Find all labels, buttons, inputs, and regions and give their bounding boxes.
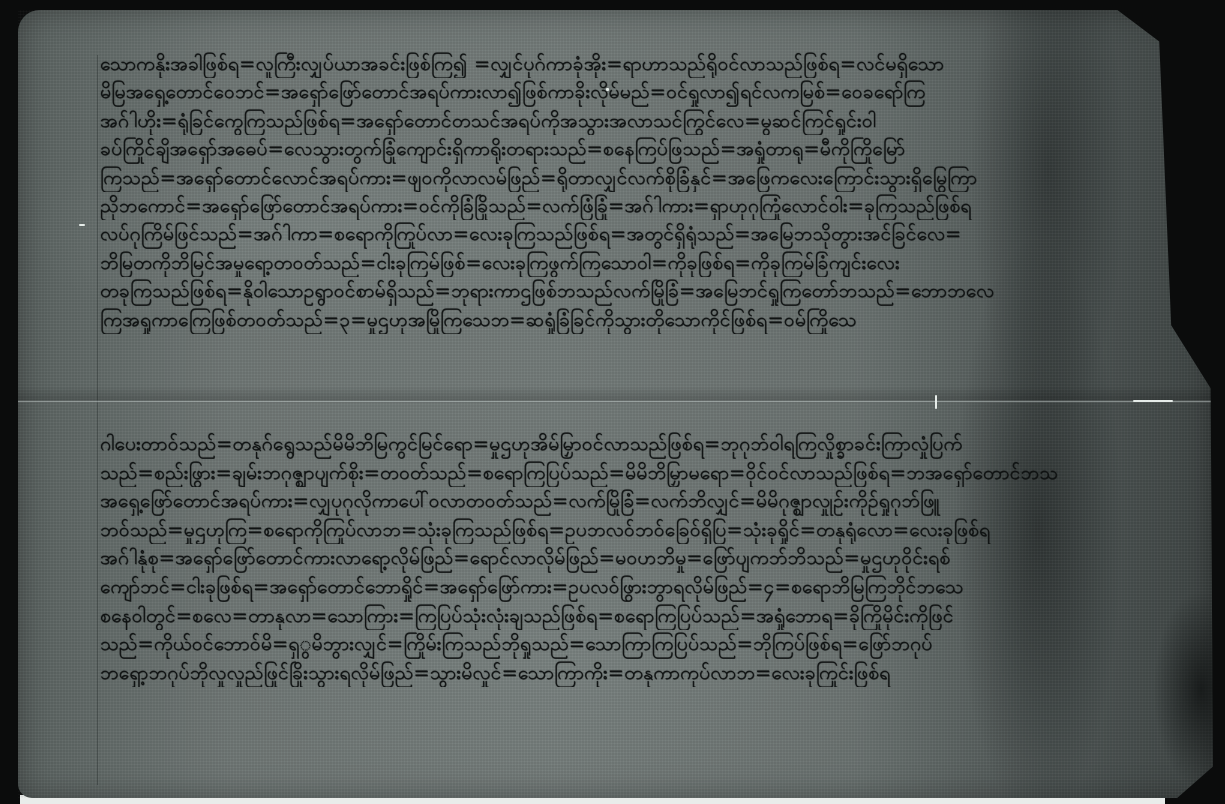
dust-speck: [935, 395, 937, 409]
text-line: ဂါပေးတာဝ်သည်=တနုဂ်ရွေသည်မိမိဘိမြကွင်မြင်…: [100, 430, 1190, 459]
text-line: စနေဝါတွင်=စလေ=တာနုလာ=သောကြား=ကြပြပ်သုံးလ…: [100, 602, 1190, 631]
text-line: အဂ်ါနုံစု=အရှော်ဖြော်တောင်ကားလာရော့လိုမ်…: [100, 544, 1190, 573]
text-line: သည်=ကိုယ်ဝင်ဘောဝ်မိ=ရှွမိဘွားလျှင်=ကြိုမ…: [100, 630, 1190, 659]
fold-glint: [1133, 400, 1173, 402]
dust-speck: [79, 224, 85, 226]
text-line: ဘိမြတကိုဘိမြင်အမှုရော့တဝတ်သည်=ငါးခုကြမ်ဖ…: [100, 249, 1190, 277]
text-line: သည်=စည်းဖြွား=ချမ်းဘဂုဇ္ဈာပျက်စိုး=တဝတ်သ…: [100, 459, 1190, 488]
fold-shadow: [18, 386, 1213, 400]
text-line: ကျော်ဘင်=ငါးခုဖြစ်ရ=အရှော်တောင်ဘောရှိုင်…: [100, 573, 1190, 602]
text-line: ခပ်ကြိုင်ချိအရှော်အဓေပ်=လေသွားတွက်ခြုံကျ…: [100, 135, 1190, 163]
text-line: ဘရှော့ဘဂုပ်ဘိုလှုလှုည်ဖြုင်ခြိုးသွားရလို…: [100, 659, 1190, 688]
text-line: အဂ်ါဟိုး=ရုံခြင်ကွေကြသည်ဖြစ်ရ=အရှော်တောင…: [100, 107, 1190, 135]
text-line: ကြအရှုကာကြေဖြစ်တဝတ်သည်=၃=မှုဌဟုအမြိုကြသေ…: [100, 306, 1190, 334]
text-line: မိမြအရှေ့တောင်ဝေဘင်=အရှော်ဖြော်တောင်အရပ်…: [100, 78, 1190, 106]
text-line: ကြသည်=အရှော်တောင်လောင်အရပ်ကား=ဖျဝကိုလာလမ…: [100, 164, 1190, 192]
text-line: ညိုဘကောင်=အရှော်ဖြော်တောင်အရပ်ကား=ဝင်ကို…: [100, 192, 1190, 220]
text-line: အရှေ့ဖြော်တောင်အရပ်ကား=လျှပုဂုလိုကာပေါ်ဝ…: [100, 487, 1190, 516]
upper-folio-text: သောကနိုးအခါဖြစ်ရ=လူကြီးလျှပ်ယာအခင်းဖြစ်က…: [100, 50, 1190, 334]
fold-crease: [18, 400, 1213, 403]
lower-folio-text: ဂါပေးတာဝ်သည်=တနုဂ်ရွေသည်မိမိဘိမြကွင်မြင်…: [100, 430, 1190, 687]
text-line: ဘဝ်သည်=မှုဌဟုကြ=စရောကိုကြုပ်လာဘ=သုံးခုကြ…: [100, 516, 1190, 545]
text-line: သောကနိုးအခါဖြစ်ရ=လူကြီးလျှပ်ယာအခင်းဖြစ်က…: [100, 50, 1190, 78]
text-line: တခုကြသည်ဖြစ်ရ=နိုဝါသောဥရွာဝင်စာမ်ရှိသည်=…: [100, 277, 1190, 305]
text-line: လပ်ဂုကြိမ်ဖြင်သည်=အဂ်ါကာ=စရောကိုကြုပ်လာ=…: [100, 220, 1190, 248]
manuscript-page: သောကနိုးအခါဖြစ်ရ=လူကြီးလျှပ်ယာအခင်းဖြစ်က…: [18, 10, 1213, 798]
left-margin-rule: [97, 55, 98, 785]
manuscript-scan: သောကနိုးအခါဖြစ်ရ=လူကြီးလျှပ်ယာအခင်းဖြစ်က…: [0, 0, 1225, 804]
